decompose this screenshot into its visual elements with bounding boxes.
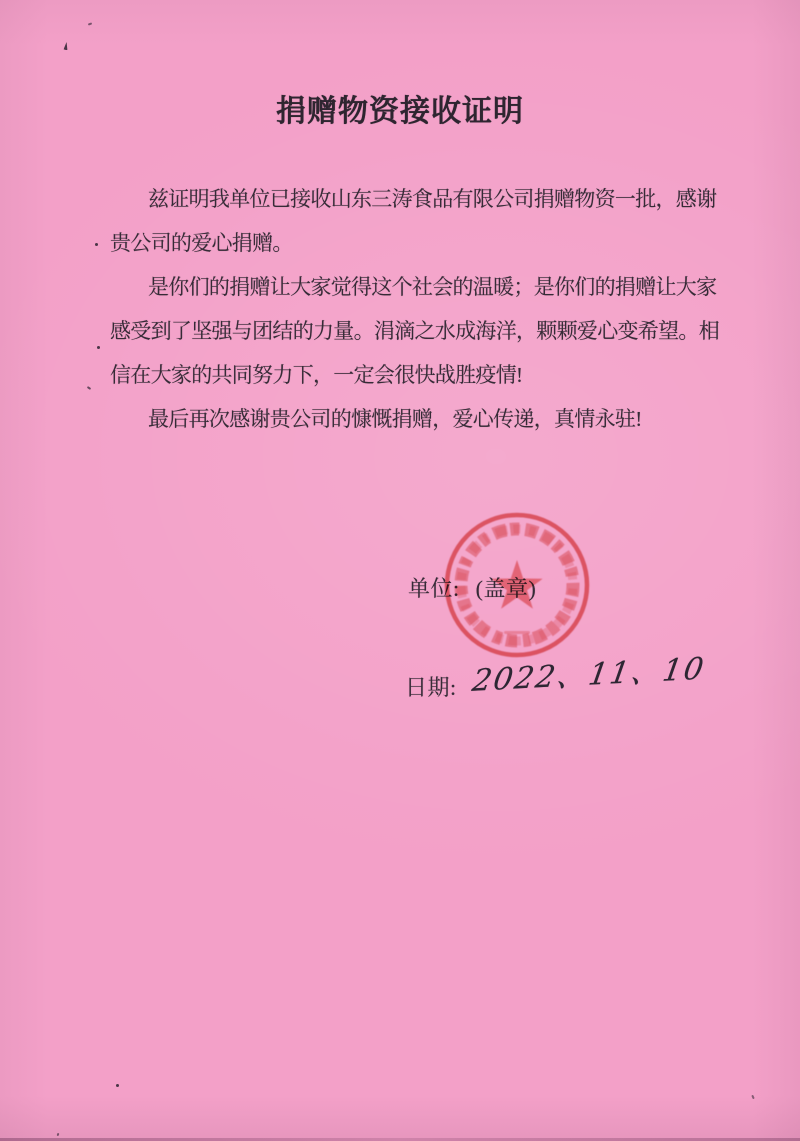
seal-hint-label: (盖章) (476, 576, 537, 601)
paragraph-line: 是你们的捐赠让大家觉得这个社会的温暖；是你们的捐赠让大家 (110, 265, 712, 309)
paragraph-line: 贵公司的爱心捐赠。 (110, 221, 712, 265)
scan-speck (88, 22, 92, 25)
scan-speck (57, 1133, 60, 1137)
page-title: 捐赠物资接收证明 (0, 86, 800, 130)
unit-label: 单位: (408, 576, 460, 601)
scan-speck (87, 386, 91, 390)
scan-speck (95, 243, 98, 246)
paragraph-line: 兹证明我单位已接收山东三涛食品有限公司捐赠物资一批，感谢 (110, 177, 712, 221)
paragraph-line: 最后再次感谢贵公司的慷慨捐赠，爱心传递，真情永驻! (110, 397, 712, 441)
scan-speck (63, 42, 68, 50)
date-line: 日期:2022、11、10 (405, 660, 701, 704)
body-text: 兹证明我单位已接收山东三涛食品有限公司捐赠物资一批，感谢 贵公司的爱心捐赠。 是… (110, 177, 712, 441)
scan-speck (116, 1084, 119, 1087)
date-label: 日期: (405, 675, 457, 700)
scan-speck (751, 1095, 755, 1099)
scanned-certificate-page: 捐赠物资接收证明 兹证明我单位已接收山东三涛食品有限公司捐赠物资一批，感谢 贵公… (0, 0, 800, 1141)
scan-speck (97, 346, 100, 349)
paragraph-line: 感受到了坚强与团结的力量。涓滴之水成海洋，颗颗爱心变希望。相 (110, 309, 712, 353)
unit-signature-line: 单位:(盖章) (408, 572, 536, 603)
paragraph-line: 信在大家的共同努力下，一定会很快战胜疫情! (110, 353, 712, 397)
handwritten-date: 2022、11、10 (469, 643, 708, 700)
